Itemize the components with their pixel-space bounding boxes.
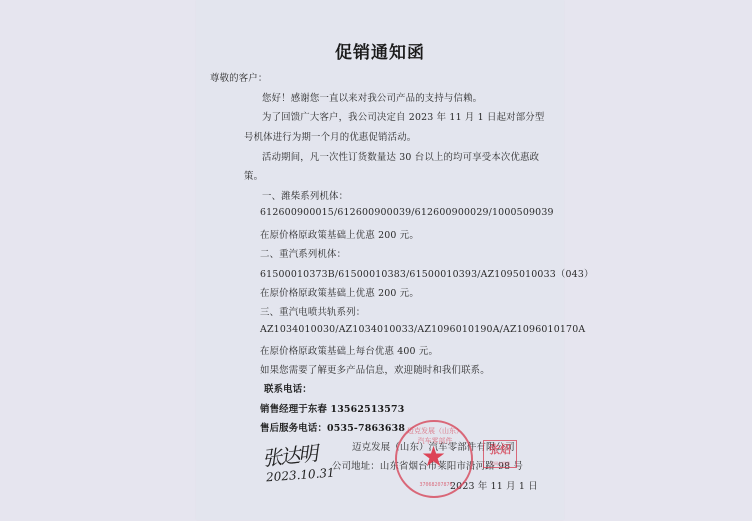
seal-text: 张炤	[489, 443, 511, 456]
star-icon: ★	[421, 440, 446, 473]
section-2-discount: 在原价格原政策基础上优惠 200 元。	[260, 285, 419, 299]
closing-line: 如果您需要了解更多产品信息，欢迎随时和我们联系。	[260, 362, 490, 376]
seal-subtext: 合同专用章	[484, 461, 516, 466]
section-3-models: AZ1034010030/AZ1034010033/AZ1096010190A/…	[260, 324, 585, 335]
section-3-discount: 在原价格原政策基础上每台优惠 400 元。	[260, 343, 438, 357]
contact-sales: 销售经理于东春 13562513573	[260, 401, 404, 415]
section-2-heading: 二、重汽系列机体：	[260, 246, 346, 260]
paragraph-terms-2: 策。	[244, 168, 263, 182]
salutation: 尊敬的客户：	[210, 70, 267, 84]
company-stamp: 迈克发展（山东）汽车零部件 ★ 37068207876	[395, 420, 473, 498]
section-1-models: 612600900015/612600900039/612600900029/1…	[260, 207, 554, 218]
paragraph-intro-1: 为了回馈广大客户，我公司决定自 2023 年 11 月 1 日起对部分型	[262, 109, 544, 123]
section-1-heading: 一、潍柴系列机体：	[262, 188, 348, 202]
paragraph-terms-1: 活动期间，凡一次性订货数量达 30 台以上的均可享受本次优惠政	[262, 149, 539, 163]
paragraph-thanks: 您好！感谢您一直以来对我公司产品的支持与信赖。	[262, 90, 482, 104]
document-title: 促销通知函	[196, 38, 564, 63]
section-2-models: 61500010373B/61500010383/61500010393/AZ1…	[260, 266, 594, 280]
bottom-edge	[0, 521, 752, 527]
personal-seal: 张炤 合同专用章	[483, 440, 517, 468]
contact-label: 联系电话：	[264, 381, 312, 395]
section-1-discount: 在原价格原政策基础上优惠 200 元。	[260, 227, 419, 241]
paragraph-intro-2: 号机体进行为期一个月的优惠促销活动。	[244, 129, 416, 143]
contact-service: 售后服务电话：0535-7863638	[260, 420, 405, 434]
handwritten-signature: 张达明 2023.10.31	[262, 440, 342, 490]
section-3-heading: 三、重汽电喷共轨系列：	[260, 304, 365, 318]
stamp-code: 37068207876	[411, 482, 461, 488]
